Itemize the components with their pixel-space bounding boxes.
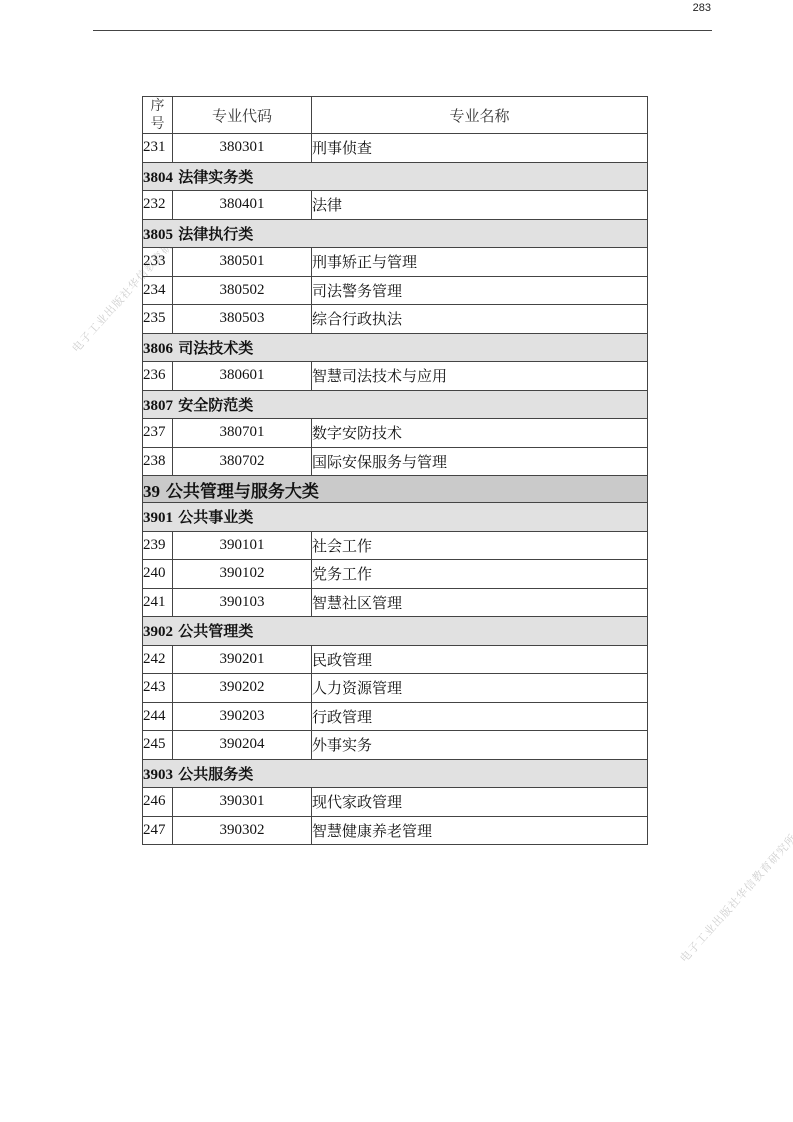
category-name: 司法技术类 <box>178 339 253 357</box>
category-name: 公共服务类 <box>178 765 253 783</box>
category-cell: 3903 公共服务类 <box>143 759 648 788</box>
name-cell: 综合行政执法 <box>312 305 648 334</box>
category-cell: 3901 公共事业类 <box>143 503 648 532</box>
category-code: 3806 <box>143 341 173 357</box>
code-cell: 380702 <box>173 447 312 476</box>
category-cell: 3902 公共管理类 <box>143 617 648 646</box>
name-cell: 司法警务管理 <box>312 276 648 305</box>
category-cell: 3807 安全防范类 <box>143 390 648 419</box>
table-row: 237380701数字安防技术 <box>143 419 648 448</box>
table-header-row: 序 号 专业代码 专业名称 <box>143 97 648 134</box>
category-code: 3903 <box>143 767 173 783</box>
category-code: 3902 <box>143 624 173 640</box>
page-number: 283 <box>693 2 711 14</box>
code-cell: 380502 <box>173 276 312 305</box>
name-cell: 智慧社区管理 <box>312 588 648 617</box>
table-row: 236380601智慧司法技术与应用 <box>143 362 648 391</box>
category-cell: 3804 法律实务类 <box>143 162 648 191</box>
code-cell: 390301 <box>173 788 312 817</box>
category-row: 3805 法律执行类 <box>143 219 648 248</box>
category-cell: 39 公共管理与服务大类 <box>143 476 648 503</box>
category-code: 3901 <box>143 510 173 526</box>
name-cell: 刑事矫正与管理 <box>312 248 648 277</box>
category-code: 3807 <box>143 398 173 414</box>
seq-cell: 246 <box>143 788 173 817</box>
table-row: 234380502司法警务管理 <box>143 276 648 305</box>
code-cell: 380601 <box>173 362 312 391</box>
seq-cell: 237 <box>143 419 173 448</box>
table-row: 239390101社会工作 <box>143 531 648 560</box>
code-cell: 390101 <box>173 531 312 560</box>
table-row: 244390203行政管理 <box>143 702 648 731</box>
name-cell: 外事实务 <box>312 731 648 760</box>
name-cell: 党务工作 <box>312 560 648 589</box>
category-row: 3901 公共事业类 <box>143 503 648 532</box>
seq-cell: 242 <box>143 645 173 674</box>
seq-cell: 241 <box>143 588 173 617</box>
name-cell: 刑事侦查 <box>312 134 648 163</box>
table-row: 246390301现代家政管理 <box>143 788 648 817</box>
name-cell: 人力资源管理 <box>312 674 648 703</box>
name-cell: 现代家政管理 <box>312 788 648 817</box>
code-cell: 390302 <box>173 816 312 845</box>
category-name: 安全防范类 <box>178 396 253 414</box>
name-cell: 数字安防技术 <box>312 419 648 448</box>
name-cell: 国际安保服务与管理 <box>312 447 648 476</box>
category-code: 3805 <box>143 227 173 243</box>
category-name: 法律执行类 <box>178 225 253 243</box>
header-seq-line1: 序 <box>143 97 172 115</box>
code-cell: 380503 <box>173 305 312 334</box>
category-row: 3807 安全防范类 <box>143 390 648 419</box>
major-category-row: 39 公共管理与服务大类 <box>143 476 648 503</box>
table-row: 232380401法律 <box>143 191 648 220</box>
name-cell: 行政管理 <box>312 702 648 731</box>
table-row: 240390102党务工作 <box>143 560 648 589</box>
seq-cell: 245 <box>143 731 173 760</box>
code-cell: 390203 <box>173 702 312 731</box>
name-cell: 智慧司法技术与应用 <box>312 362 648 391</box>
category-name: 法律实务类 <box>178 168 253 186</box>
seq-cell: 233 <box>143 248 173 277</box>
seq-cell: 235 <box>143 305 173 334</box>
seq-cell: 240 <box>143 560 173 589</box>
seq-cell: 238 <box>143 447 173 476</box>
seq-cell: 243 <box>143 674 173 703</box>
seq-cell: 244 <box>143 702 173 731</box>
code-cell: 380301 <box>173 134 312 163</box>
name-cell: 民政管理 <box>312 645 648 674</box>
code-cell: 390102 <box>173 560 312 589</box>
table-row: 243390202人力资源管理 <box>143 674 648 703</box>
category-code: 39 <box>143 482 160 501</box>
category-row: 3903 公共服务类 <box>143 759 648 788</box>
name-cell: 法律 <box>312 191 648 220</box>
seq-cell: 239 <box>143 531 173 560</box>
category-name: 公共管理与服务大类 <box>166 482 319 502</box>
code-cell: 390201 <box>173 645 312 674</box>
seq-cell: 232 <box>143 191 173 220</box>
table-row: 241390103智慧社区管理 <box>143 588 648 617</box>
code-cell: 390103 <box>173 588 312 617</box>
code-cell: 380401 <box>173 191 312 220</box>
category-name: 公共事业类 <box>178 508 253 526</box>
code-cell: 390204 <box>173 731 312 760</box>
seq-cell: 231 <box>143 134 173 163</box>
header-name: 专业名称 <box>312 97 648 134</box>
header-code: 专业代码 <box>173 97 312 134</box>
category-cell: 3806 司法技术类 <box>143 333 648 362</box>
watermark: 电子工业出版社华信教育研究所 <box>676 830 793 966</box>
seq-cell: 247 <box>143 816 173 845</box>
header-seq: 序 号 <box>143 97 173 134</box>
code-cell: 380701 <box>173 419 312 448</box>
table-body: 231380301刑事侦查3804 法律实务类232380401法律3805 法… <box>143 134 648 845</box>
category-row: 3806 司法技术类 <box>143 333 648 362</box>
name-cell: 智慧健康养老管理 <box>312 816 648 845</box>
code-cell: 380501 <box>173 248 312 277</box>
table-row: 238380702国际安保服务与管理 <box>143 447 648 476</box>
table-row: 245390204外事实务 <box>143 731 648 760</box>
code-cell: 390202 <box>173 674 312 703</box>
majors-table: 序 号 专业代码 专业名称 231380301刑事侦查3804 法律实务类232… <box>142 96 648 845</box>
name-cell: 社会工作 <box>312 531 648 560</box>
table-row: 233380501刑事矫正与管理 <box>143 248 648 277</box>
table-row: 247390302智慧健康养老管理 <box>143 816 648 845</box>
seq-cell: 234 <box>143 276 173 305</box>
category-name: 公共管理类 <box>178 622 253 640</box>
table-row: 235380503综合行政执法 <box>143 305 648 334</box>
category-row: 3902 公共管理类 <box>143 617 648 646</box>
category-row: 3804 法律实务类 <box>143 162 648 191</box>
header-seq-line2: 号 <box>143 115 172 133</box>
category-code: 3804 <box>143 170 173 186</box>
seq-cell: 236 <box>143 362 173 391</box>
header-rule <box>93 30 712 31</box>
category-cell: 3805 法律执行类 <box>143 219 648 248</box>
table-row: 231380301刑事侦查 <box>143 134 648 163</box>
table-row: 242390201民政管理 <box>143 645 648 674</box>
